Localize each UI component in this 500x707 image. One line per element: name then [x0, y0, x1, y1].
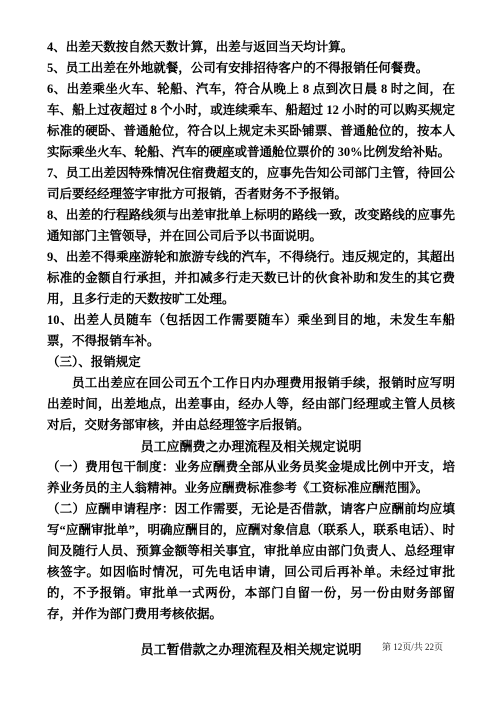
travel-rule-item-5: 5、员工出差在外地就餐，公司有安排招待客户的不得报销任何餐费。 [47, 58, 455, 79]
document-page: 4、出差天数按自然天数计算，出差与返回当天均计算。 5、员工出差在外地就餐，公司… [0, 0, 500, 707]
entertainment-paragraph-2: （二）应酬申请程序：因工作需要，无论是否借款，请客户应酬前均应填写“应酬审批单”… [47, 499, 455, 625]
page-number-indicator: 第 12页/共 22页 [382, 641, 443, 653]
travel-rule-item-9: 9、出差不得乘座游轮和旅游专线的汽车，不得绕行。违反规定的，其超出标准的金额自行… [47, 247, 455, 310]
entertainment-paragraph-1: （一）费用包干制度：业务应酬费全部从业务员奖金堤成比例中开支，培养业务员的主人翁… [47, 457, 455, 499]
travel-rule-item-10: 10、出差人员随车（包括因工作需要随车）乘坐到目的地，未发生车船票，不得报销车补… [47, 310, 455, 352]
travel-rule-item-8: 8、出差的行程路线须与出差审批单上标明的路线一致，改变路线的应事先通知部门主管领… [47, 205, 455, 247]
section-heading-reimbursement: （三）、报销规定 [47, 352, 455, 373]
travel-rule-item-4: 4、出差天数按自然天数计算，出差与返回当天均计算。 [47, 37, 455, 58]
heading-entertainment-expense: 员工应酬费之办理流程及相关规定说明 [47, 436, 455, 457]
travel-rule-item-7: 7、员工出差因特殊情况住宿费超支的，应事先告知公司部门主管，待回公司后要经经理签… [47, 163, 455, 205]
reimbursement-paragraph: 员工出差应在回公司五个工作日内办理费用报销手续，报销时应写明出差时间，出差地点，… [47, 373, 455, 436]
travel-rule-item-6: 6、出差乘坐火车、轮船、汽车，符合从晚上 8 点到次日晨 8 时之间，在车、船上… [47, 79, 455, 163]
